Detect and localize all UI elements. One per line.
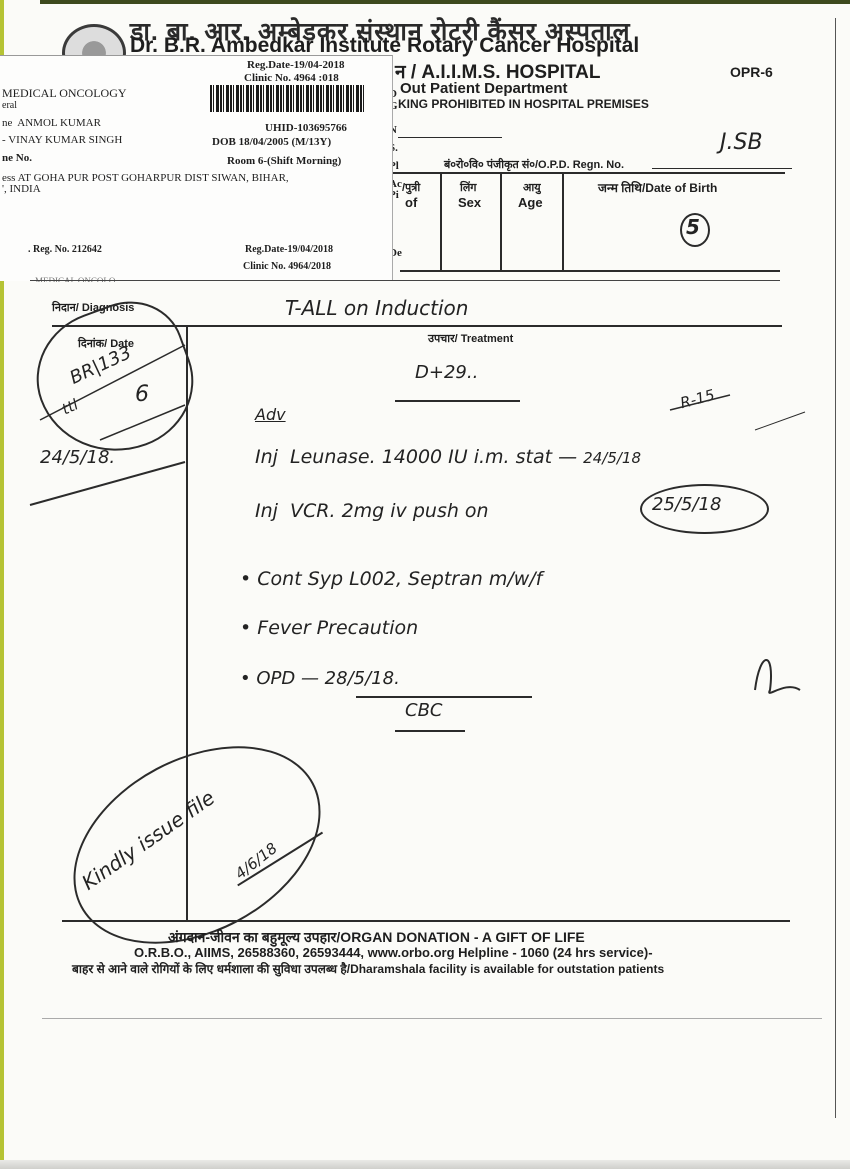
scan-edge-bottom	[0, 1160, 850, 1169]
handwriting-strokes	[0, 0, 850, 1169]
footer-orbo-contact: O.R.B.O., AIIMS, 26588360, 26593444, www…	[134, 945, 653, 960]
page-fold-line	[42, 1018, 822, 1019]
footer-dharamshala: बाहर से आने वाले रोगियों के लिए धर्मशाला…	[72, 960, 664, 977]
doctor-signature-icon	[755, 660, 800, 693]
date-column-stroke	[30, 462, 185, 505]
footer-rule	[62, 920, 790, 922]
